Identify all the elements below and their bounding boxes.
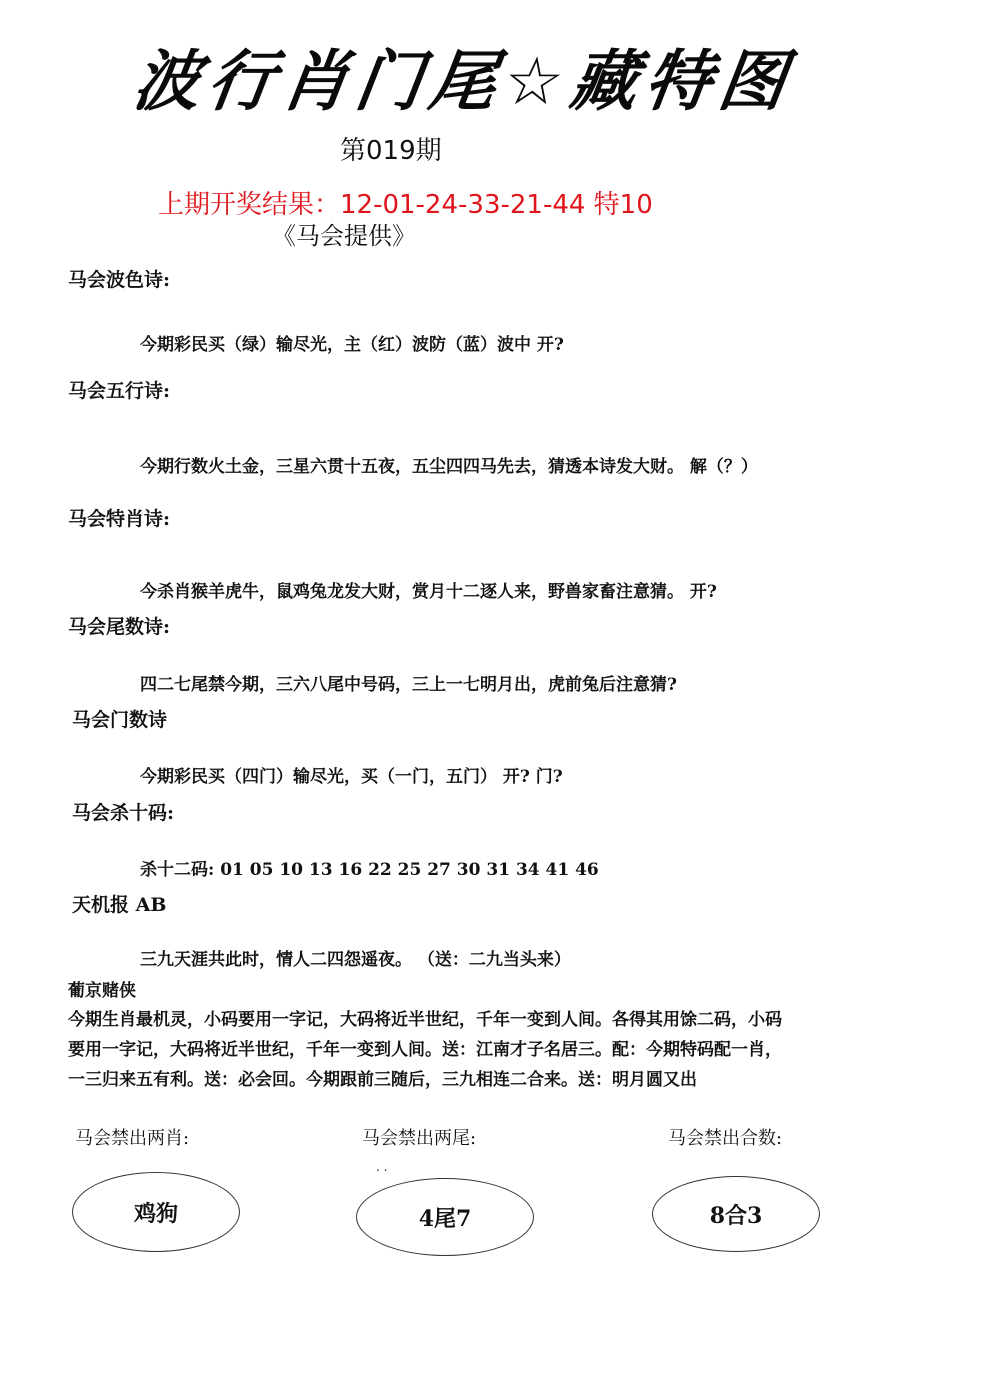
section-heading-pujing: 葡京赌侠: [68, 976, 136, 1001]
ban-zodiac-label: 马会禁出两肖:: [75, 1124, 189, 1150]
ban-sum-label: 马会禁出合数:: [668, 1124, 782, 1150]
stray-dots: . .: [376, 1160, 387, 1174]
ban-zodiac-ellipse: 鸡狗: [72, 1172, 240, 1252]
ban-sum-ellipse: 8合3: [652, 1176, 820, 1252]
section-body-wave-color: 今期彩民买（绿）输尽光，主（红）波防（蓝）波中 开?: [140, 330, 564, 355]
section-heading-tianji: 天机报 AB: [72, 890, 166, 917]
page-title: 波行肖门尾☆藏特图: [128, 28, 801, 123]
issue-number: 第019期: [340, 130, 442, 167]
provider-label: 《马会提供》: [272, 216, 416, 251]
section-body-door-number: 今期彩民买（四门）输尽光，买（一门，五门） 开? 门?: [140, 762, 563, 787]
section-body-kill-numbers: 杀十二码: 01 05 10 13 16 22 25 27 30 31 34 4…: [140, 855, 599, 880]
section-heading-door-number: 马会门数诗: [72, 705, 167, 732]
paragraph-line: 一三归来五有利。送：必会回。今期跟前三随后，三九相连二合来。送：明月圆又出: [68, 1065, 928, 1095]
section-heading-tail-number: 马会尾数诗:: [68, 612, 170, 639]
ban-tail-label: 马会禁出两尾:: [362, 1124, 476, 1150]
section-heading-kill-numbers: 马会杀十码:: [72, 798, 174, 825]
ban-sum-value: 8合3: [710, 1199, 763, 1230]
paragraph-line: 要用一字记，大码将近半世纪，千年一变到人间。送：江南才子名居三。配：今期特码配一…: [68, 1035, 928, 1065]
ban-zodiac-value: 鸡狗: [134, 1197, 178, 1228]
section-body-tianji: 三九天涯共此时，情人二四怨遥夜。 （送：二九当头来）: [140, 945, 571, 970]
pujing-paragraph: 今期生肖最机灵，小码要用一字记，大码将近半世纪，千年一变到人间。各得其用馀二码，…: [68, 1005, 928, 1095]
paragraph-line: 今期生肖最机灵，小码要用一字记，大码将近半世纪，千年一变到人间。各得其用馀二码，…: [68, 1005, 928, 1035]
section-heading-special-zodiac: 马会特肖诗:: [68, 504, 170, 531]
section-body-special-zodiac: 今杀肖猴羊虎牛，鼠鸡兔龙发大财，赏月十二逐人来，野兽家畜注意猜。 开?: [140, 577, 717, 602]
section-heading-five-elements: 马会五行诗:: [68, 376, 170, 403]
section-heading-wave-color: 马会波色诗:: [68, 265, 170, 292]
ban-tail-value: 4尾7: [419, 1202, 472, 1233]
section-body-tail-number: 四二七尾禁今期，三六八尾中号码，三上一七明月出，虎前兔后注意猜?: [140, 670, 677, 695]
section-body-five-elements: 今期行数火土金，三星六贯十五夜，五尘四四马先去，猜透本诗发大财。 解（？）: [140, 452, 758, 477]
ban-tail-ellipse: 4尾7: [356, 1178, 534, 1256]
